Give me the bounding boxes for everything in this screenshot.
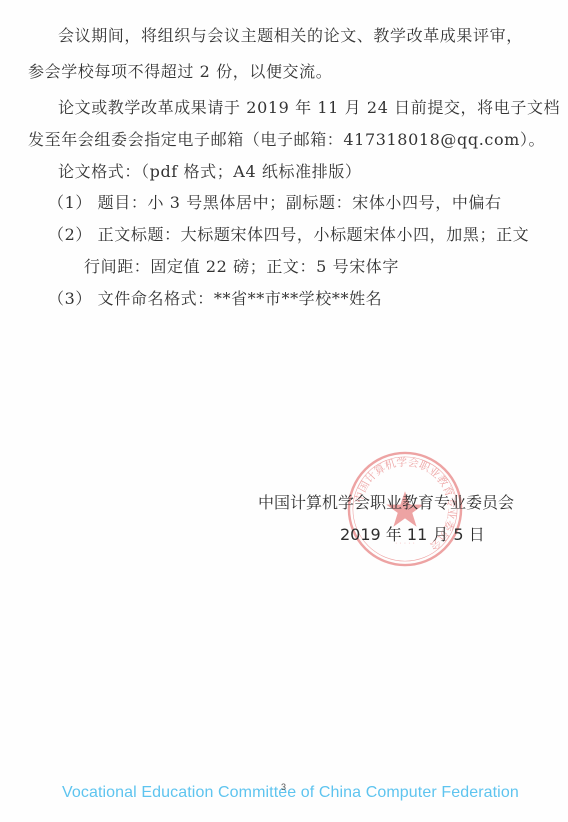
signature-date: 2019 年 11 月 5 日 bbox=[340, 525, 485, 545]
paragraph-line-2: 参会学校每项不得超过 2 份，以便交流。 bbox=[28, 62, 332, 82]
paragraph-line-4-email: 发至年会组委会指定电子邮箱（电子邮箱：417318018@qq.com）。 bbox=[28, 130, 545, 150]
format-item-2-continued: 行间距：固定值 22 磅；正文：5 号宋体字 bbox=[84, 257, 399, 277]
page-number: 3 bbox=[281, 782, 286, 792]
format-item-2: （2） 正文标题：大标题宋体四号，小标题宋体小四，加黑；正文 bbox=[48, 225, 529, 245]
format-item-3: （3） 文件命名格式：**省**市**学校**姓名 bbox=[48, 289, 382, 309]
paragraph-line-3: 论文或教学改革成果请于 2019 年 11 月 24 日前提交，将电子文档 bbox=[58, 98, 560, 118]
signature-organization: 中国计算机学会职业教育专业委员会 bbox=[258, 493, 514, 513]
paragraph-line-1: 会议期间，将组织与会议主题相关的论文、教学改革成果评审， bbox=[58, 26, 523, 46]
format-heading: 论文格式：（pdf 格式；A4 纸标准排版） bbox=[58, 162, 362, 182]
document-page: 会议期间，将组织与会议主题相关的论文、教学改革成果评审， 参会学校每项不得超过 … bbox=[0, 0, 568, 822]
footer-text: Vocational Education Committee of China … bbox=[62, 783, 519, 803]
format-item-1: （1） 题目：小 3 号黑体居中；副标题：宋体小四号，中偏右 bbox=[48, 193, 502, 213]
